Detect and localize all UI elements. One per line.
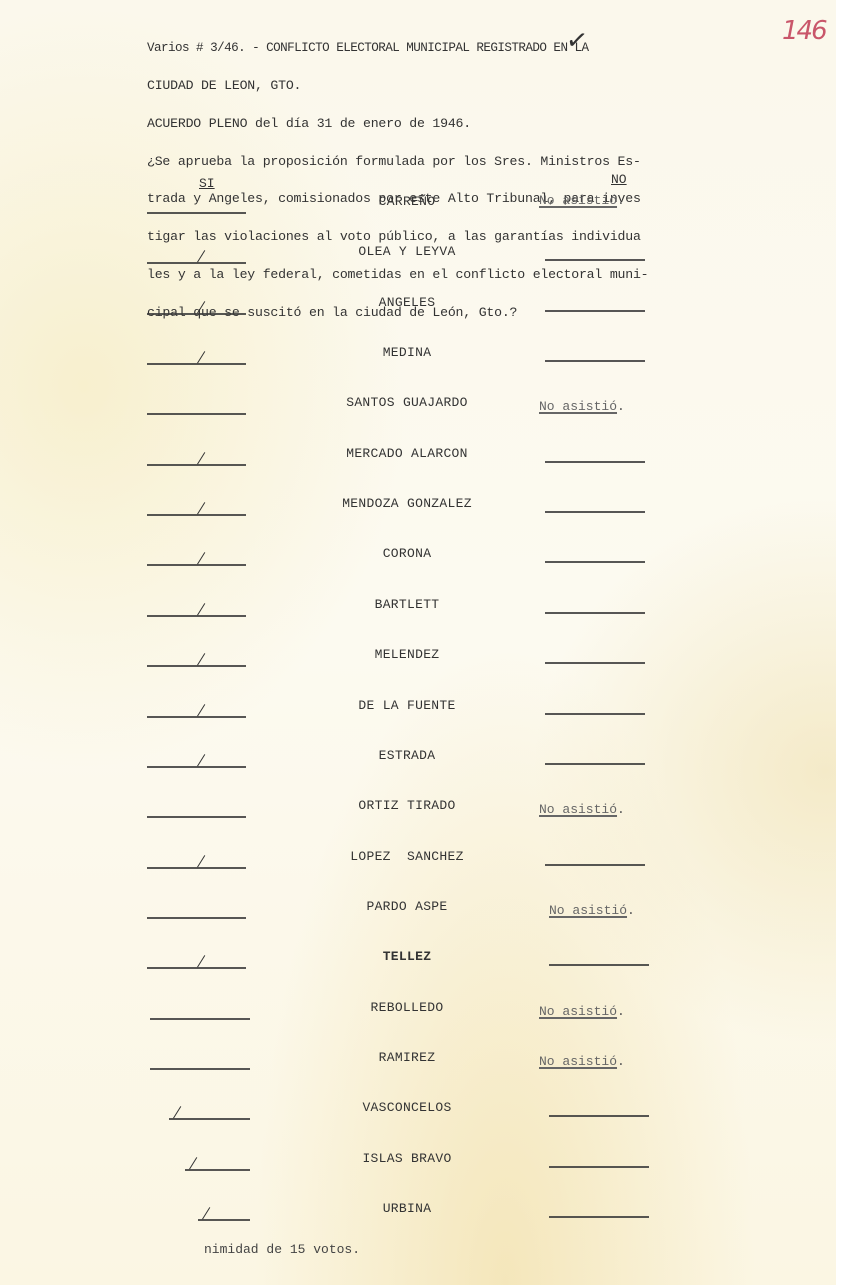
vote-row: VASCONCELOS <box>0 1096 842 1146</box>
vote-row: PARDO ASPENo asistió. <box>0 895 842 945</box>
absent-note: No asistió. <box>539 193 625 208</box>
no-vote-line <box>545 310 645 312</box>
minister-name: ISLAS BRAVO <box>287 1151 527 1166</box>
no-vote-line <box>545 713 645 715</box>
vote-tick-icon <box>197 955 206 968</box>
no-vote-line <box>545 259 645 261</box>
vote-row: LOPEZ SANCHEZ <box>0 845 842 895</box>
minister-name: ESTRADA <box>287 748 527 763</box>
minister-name: ANGELES <box>287 295 527 310</box>
no-vote-line <box>545 360 645 362</box>
no-vote-line <box>549 964 649 966</box>
minister-name: DE LA FUENTE <box>287 698 527 713</box>
vote-row: ANGELES <box>0 291 842 341</box>
vote-row: OLEA Y LEYVA <box>0 240 842 290</box>
vote-row: ESTRADA <box>0 744 842 794</box>
si-vote-line <box>147 967 246 969</box>
si-vote-line <box>169 1118 250 1120</box>
vote-tick-icon <box>197 351 206 364</box>
no-vote-line <box>549 1115 649 1117</box>
vote-tick-icon <box>197 603 206 616</box>
vote-row: REBOLLEDONo asistió. <box>0 996 842 1046</box>
si-vote-line <box>147 262 246 264</box>
minister-name: ORTIZ TIRADO <box>287 798 527 813</box>
si-vote-line <box>147 816 246 818</box>
footer-text: nimidad de 15 votos. <box>204 1242 360 1257</box>
si-vote-line <box>147 363 246 365</box>
column-header-no: NO <box>611 172 627 187</box>
minister-name: SANTOS GUAJARDO <box>287 395 527 410</box>
si-vote-line <box>150 1018 250 1020</box>
minister-name: CARREÑO <box>287 194 527 209</box>
vote-tick-icon <box>197 301 206 314</box>
minister-name: URBINA <box>287 1201 527 1216</box>
minister-name: MENDOZA GONZALEZ <box>287 496 527 511</box>
no-vote-line <box>545 461 645 463</box>
vote-row: ISLAS BRAVO <box>0 1147 842 1197</box>
si-vote-line <box>147 564 246 566</box>
vote-row: RAMIREZNo asistió. <box>0 1046 842 1096</box>
minister-name: PARDO ASPE <box>287 899 527 914</box>
minister-name: TELLEZ <box>287 949 527 964</box>
absent-note: No asistió. <box>539 802 625 817</box>
no-vote-line <box>545 763 645 765</box>
checkmark-icon: ✓ <box>564 25 590 58</box>
no-vote-line <box>545 662 645 664</box>
si-vote-line <box>147 212 246 214</box>
vote-tick-icon <box>197 452 206 465</box>
absent-note: No asistió. <box>539 1004 625 1019</box>
vote-tick-icon <box>173 1106 182 1119</box>
vote-tick-icon <box>197 553 206 566</box>
vote-tick-icon <box>197 250 206 263</box>
si-vote-line <box>147 413 246 415</box>
minister-name: MEDINA <box>287 345 527 360</box>
absent-note: No asistió. <box>539 399 625 414</box>
minister-name: CORONA <box>287 546 527 561</box>
si-vote-line <box>150 1068 250 1070</box>
page-number: 146 <box>782 16 826 46</box>
vote-tick-icon <box>197 855 206 868</box>
si-vote-line <box>198 1219 250 1221</box>
vote-row: DE LA FUENTE <box>0 694 842 744</box>
minister-name: VASCONCELOS <box>287 1100 527 1115</box>
header-line: ACUERDO PLENO del día 31 de enero de 194… <box>147 118 807 131</box>
vote-row: MEDINA <box>0 341 842 391</box>
vote-row: MENDOZA GONZALEZ <box>0 492 842 542</box>
minister-name: BARTLETT <box>287 597 527 612</box>
minister-name: REBOLLEDO <box>287 1000 527 1015</box>
no-vote-line <box>545 511 645 513</box>
vote-row: MERCADO ALARCON <box>0 442 842 492</box>
vote-row: TELLEZ <box>0 945 842 995</box>
minister-name: RAMIREZ <box>287 1050 527 1065</box>
no-vote-line <box>545 612 645 614</box>
vote-row: URBINA <box>0 1197 842 1247</box>
minister-name: MERCADO ALARCON <box>287 446 527 461</box>
si-vote-line <box>147 665 246 667</box>
vote-tick-icon <box>189 1157 198 1170</box>
vote-row: SANTOS GUAJARDONo asistió. <box>0 391 842 441</box>
no-vote-line <box>545 864 645 866</box>
vote-row: ORTIZ TIRADONo asistió. <box>0 794 842 844</box>
header-line: CIUDAD DE LEON, GTO. <box>147 80 807 93</box>
vote-tick-icon <box>197 754 206 767</box>
no-vote-line <box>549 1216 649 1218</box>
vote-tick-icon <box>202 1207 211 1220</box>
vote-row: MELENDEZ <box>0 643 842 693</box>
absent-note: No asistió. <box>539 1054 625 1069</box>
si-vote-line <box>185 1169 250 1171</box>
vote-row: CARREÑONo asistió. <box>0 190 842 240</box>
column-header-si: SI <box>199 176 215 191</box>
si-vote-line <box>147 917 246 919</box>
minister-name: LOPEZ SANCHEZ <box>287 849 527 864</box>
no-vote-line <box>549 1166 649 1168</box>
vote-tick-icon <box>197 653 206 666</box>
minister-name: MELENDEZ <box>287 647 527 662</box>
si-vote-line <box>147 514 246 516</box>
absent-note: No asistió. <box>549 903 635 918</box>
minister-name: OLEA Y LEYVA <box>287 244 527 259</box>
vote-tick-icon <box>197 704 206 717</box>
header-line: ¿Se aprueba la proposición formulada por… <box>147 156 807 169</box>
no-vote-line <box>545 561 645 563</box>
vote-tick-icon <box>197 502 206 515</box>
vote-row: BARTLETT <box>0 593 842 643</box>
header-line: Varios # 3/46. - CONFLICTO ELECTORAL MUN… <box>147 42 807 55</box>
vote-row: CORONA <box>0 542 842 592</box>
